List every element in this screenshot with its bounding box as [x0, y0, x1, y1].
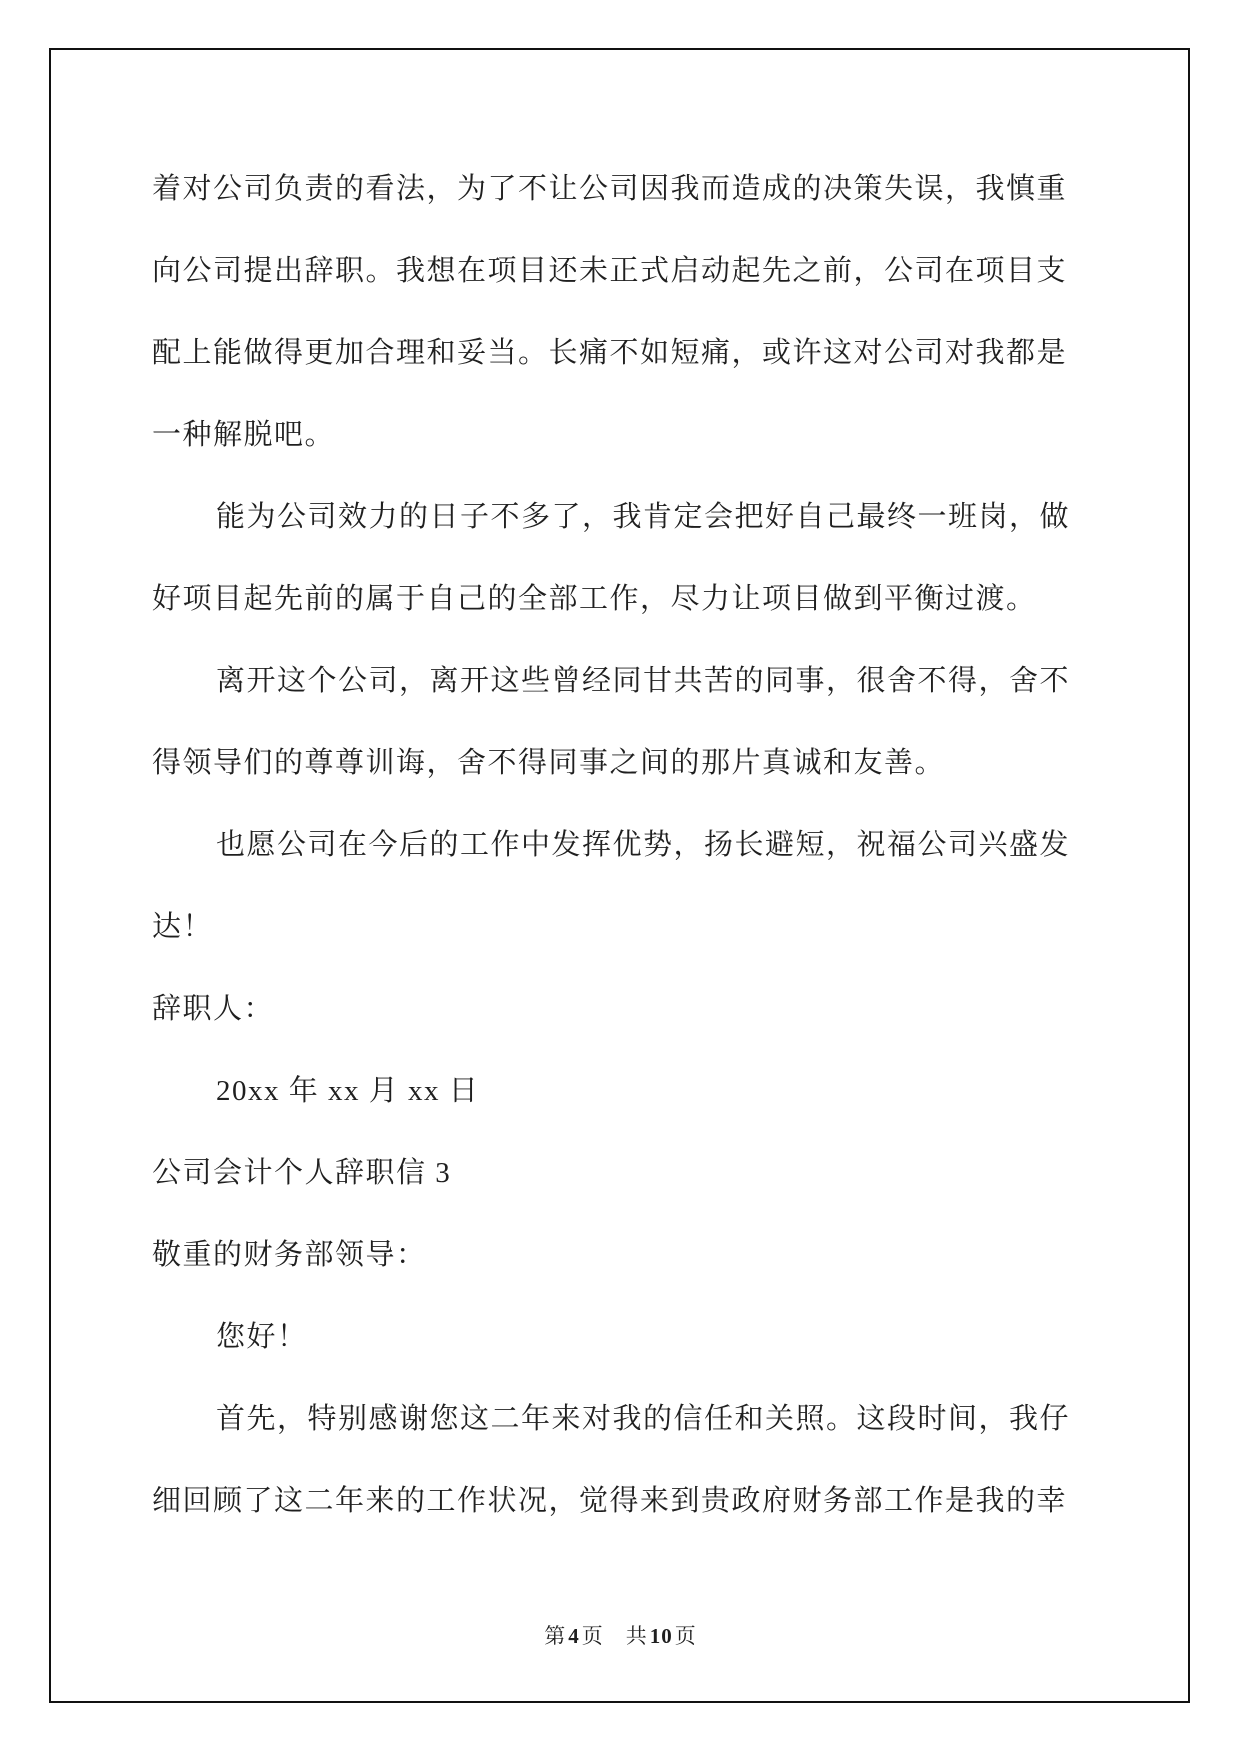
footer-page-suffix: 页	[582, 1624, 604, 1648]
text-line: 达！	[152, 883, 1127, 965]
text-line: 能为公司效力的日子不多了，我肯定会把好自己最终一班岗，做	[152, 473, 1127, 555]
footer-total-number: 10	[648, 1624, 675, 1648]
text-line: 着对公司负责的看法，为了不让公司因我而造成的决策失误，我慎重	[152, 145, 1127, 227]
footer-page-number: 4	[566, 1624, 582, 1648]
text-line: 离开这个公司，离开这些曾经同甘共苦的同事，很舍不得，舍不	[152, 637, 1127, 719]
greeting-line: 您好！	[152, 1293, 1127, 1375]
footer-page-prefix: 第	[544, 1624, 566, 1648]
text-line: 配上能做得更加合理和妥当。长痛不如短痛，或许这对公司对我都是	[152, 309, 1127, 391]
page-footer: 第4页共10页	[0, 1620, 1241, 1650]
footer-total-suffix: 页	[675, 1624, 697, 1648]
text-line: 首先，特别感谢您这二年来对我的信任和关照。这段时间，我仔	[152, 1375, 1127, 1457]
salutation-line: 敬重的财务部领导：	[152, 1211, 1127, 1293]
footer-total-prefix: 共	[604, 1624, 648, 1648]
text-line: 也愿公司在今后的工作中发挥优势，扬长避短，祝福公司兴盛发	[152, 801, 1127, 883]
signature-line: 辞职人：	[152, 965, 1127, 1047]
date-line: 20xx 年 xx 月 xx 日	[152, 1047, 1127, 1129]
text-line: 向公司提出辞职。我想在项目还未正式启动起先之前，公司在项目支	[152, 227, 1127, 309]
document-body: 着对公司负责的看法，为了不让公司因我而造成的决策失误，我慎重 向公司提出辞职。我…	[152, 145, 1127, 1539]
text-line: 得领导们的尊尊训诲，舍不得同事之间的那片真诚和友善。	[152, 719, 1127, 801]
section-title: 公司会计个人辞职信 3	[152, 1129, 1127, 1211]
text-line: 一种解脱吧。	[152, 391, 1127, 473]
text-line: 好项目起先前的属于自己的全部工作，尽力让项目做到平衡过渡。	[152, 555, 1127, 637]
text-line: 细回顾了这二年来的工作状况，觉得来到贵政府财务部工作是我的幸	[152, 1457, 1127, 1539]
